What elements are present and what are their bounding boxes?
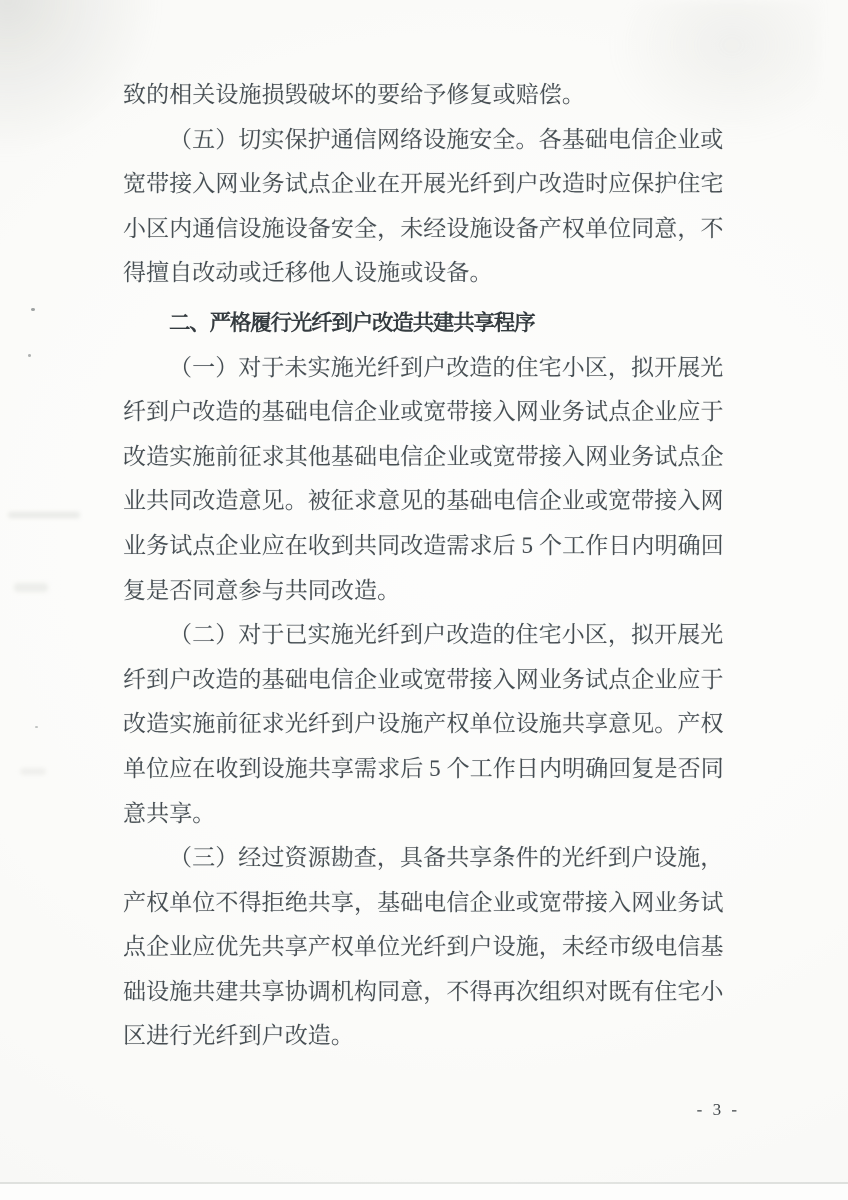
scan-speck (35, 726, 38, 728)
paragraph-item-3: （三）经过资源勘查，具备共享条件的光纤到户设施，产权单位不得拒绝共享，基础电信企… (123, 836, 743, 1059)
text-line: 复是否同意参与共同改造。 (123, 569, 743, 614)
text-line: （二）对于已实施光纤到户改造的住宅小区，拟开展光 (123, 613, 743, 658)
scan-speck (31, 308, 35, 311)
text-line: 单位应在收到设施共享需求后 5 个工作日内明确回复是否同 (123, 747, 743, 792)
text-line: 业共同改造意见。被征求意见的基础电信企业或宽带接入网 (123, 479, 743, 524)
scanner-background (0, 1184, 848, 1200)
text-line: 础设施共建共享协调机构同意，不得再次组织对既有住宅小 (123, 970, 743, 1015)
text-line: 纤到户改造的基础电信企业或宽带接入网业务试点企业应于 (123, 390, 743, 435)
scan-streak (8, 512, 80, 518)
text-line: 致的相关设施损毁破坏的要给予修复或赔偿。 (123, 73, 743, 118)
text-line: 意共享。 (123, 792, 743, 837)
text-line: 纤到户改造的基础电信企业或宽带接入网业务试点企业应于 (123, 658, 743, 703)
document-body: 致的相关设施损毁破坏的要给予修复或赔偿。（五）切实保护通信网络设施安全。各基础电… (123, 73, 743, 1059)
text-line: 改造实施前征求光纤到户设施产权单位设施共享意见。产权 (123, 702, 743, 747)
scanned-document-page: 致的相关设施损毁破坏的要给予修复或赔偿。（五）切实保护通信网络设施安全。各基础电… (0, 0, 848, 1200)
text-line: 二、严格履行光纤到户改造共建共享程序 (123, 301, 743, 346)
text-line: （三）经过资源勘查，具备共享条件的光纤到户设施， (123, 836, 743, 881)
text-line: 改造实施前征求其他基础电信企业或宽带接入网业务试点企 (123, 435, 743, 480)
text-line: 产权单位不得拒绝共享，基础电信企业或宽带接入网业务试 (123, 881, 743, 926)
paragraph-carryover: 致的相关设施损毁破坏的要给予修复或赔偿。 (123, 73, 743, 118)
text-line: 得擅自改动或迁移他人设施或设备。 (123, 251, 743, 296)
page-number: - 3 - (697, 1100, 740, 1120)
text-line: 小区内通信设施设备安全，未经设施设备产权单位同意，不 (123, 207, 743, 252)
text-line: 点企业应优先共享产权单位光纤到户设施，未经市级电信基 (123, 925, 743, 970)
paragraph-item-1: （一）对于未实施光纤到户改造的住宅小区，拟开展光纤到户改造的基础电信企业或宽带接… (123, 346, 743, 614)
scan-streak (20, 768, 46, 775)
paragraph-item-2: （二）对于已实施光纤到户改造的住宅小区，拟开展光纤到户改造的基础电信企业或宽带接… (123, 613, 743, 836)
text-line: （五）切实保护通信网络设施安全。各基础电信企业或 (123, 118, 743, 163)
section-heading-2: 二、严格履行光纤到户改造共建共享程序 (123, 301, 743, 346)
scan-speck (28, 354, 31, 357)
paragraph-item-5: （五）切实保护通信网络设施安全。各基础电信企业或宽带接入网业务试点企业在开展光纤… (123, 118, 743, 296)
text-line: 宽带接入网业务试点企业在开展光纤到户改造时应保护住宅 (123, 162, 743, 207)
text-line: （一）对于未实施光纤到户改造的住宅小区，拟开展光 (123, 346, 743, 391)
text-line: 区进行光纤到户改造。 (123, 1014, 743, 1059)
scan-streak (14, 583, 48, 592)
text-line: 业务试点企业应在收到共同改造需求后 5 个工作日内明确回 (123, 524, 743, 569)
